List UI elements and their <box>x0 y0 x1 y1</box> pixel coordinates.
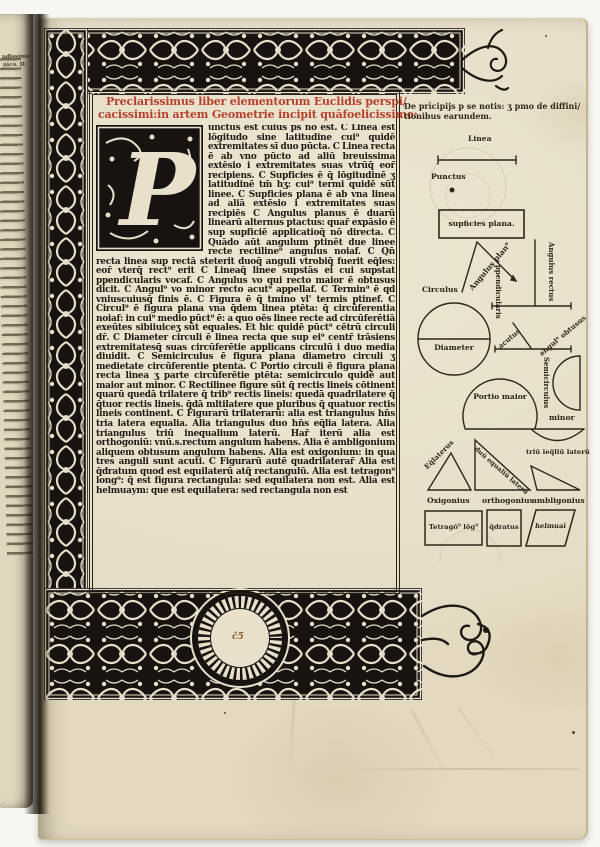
border-top-sprig <box>460 26 512 98</box>
medallion-handwriting: c̃5 <box>232 632 244 642</box>
main-text-block: P unctus est cuius ps nō est. C Linea es… <box>96 124 395 588</box>
orthogonius-label: orthogonius <box>482 496 534 505</box>
portio-maior-label: Portio maior <box>470 392 530 401</box>
book-photograph: ndissimo nico. D. <box>0 0 600 847</box>
ink-speck <box>545 35 547 37</box>
top-woodcut-border <box>44 28 465 94</box>
punctus-label: Punctus <box>431 172 466 181</box>
perpendicularis-label: ppendicularis <box>494 265 503 319</box>
diameter-label: Diameter <box>432 343 476 352</box>
ink-speck <box>224 712 226 714</box>
initial-p-woodcut: P <box>96 125 203 251</box>
semicircle-figure <box>553 356 580 410</box>
border-tail-scroll <box>420 594 496 694</box>
oxigonius-label: Oxigonius <box>427 496 470 505</box>
minor-label: minor <box>549 413 575 422</box>
facing-page-strip: ndissimo nico. D. <box>0 14 33 808</box>
ornate-initial-p: P <box>96 125 203 251</box>
facing-page-text-lines <box>0 58 33 558</box>
margin-note-header-line2: tionibus earundem. <box>404 111 492 121</box>
angulus-rectus-label: Angulus rectus <box>547 242 556 301</box>
rubric-heading-line2: cacissimi:in artem Geometrie incipit quā… <box>98 108 418 121</box>
margin-note-header-line1: De prīcipijs p se notis: ʒ pmo de diffin… <box>404 101 580 111</box>
rubric-heading-line1: Preclarissimus liber elementorum Euclidi… <box>106 95 407 108</box>
helmuaym-label: helmuaī <box>529 522 571 530</box>
superficies-label: supficies plana. <box>439 219 524 228</box>
linea-label: Linea <box>468 134 492 143</box>
obtuse-triangle <box>531 466 580 490</box>
tetragonus-label: Tetragō⁹ lōg⁹ <box>425 523 482 531</box>
semicirculus-label: Semicirculus <box>542 357 551 408</box>
bottom-woodcut-border <box>44 588 422 700</box>
linea-line <box>438 156 516 164</box>
punctus-dot <box>450 188 454 192</box>
tria-inequal-label: triū ieq̄liū laterū <box>526 448 590 456</box>
quadratus-label: q̄dratus <box>487 523 521 531</box>
circulus-label: Circulus <box>422 285 458 294</box>
circle-figure <box>418 303 490 375</box>
initial-letter: P <box>117 131 198 249</box>
minor-arc <box>531 429 584 441</box>
ambligonius-label: ambligonius <box>532 496 585 505</box>
ink-speck <box>572 731 575 734</box>
